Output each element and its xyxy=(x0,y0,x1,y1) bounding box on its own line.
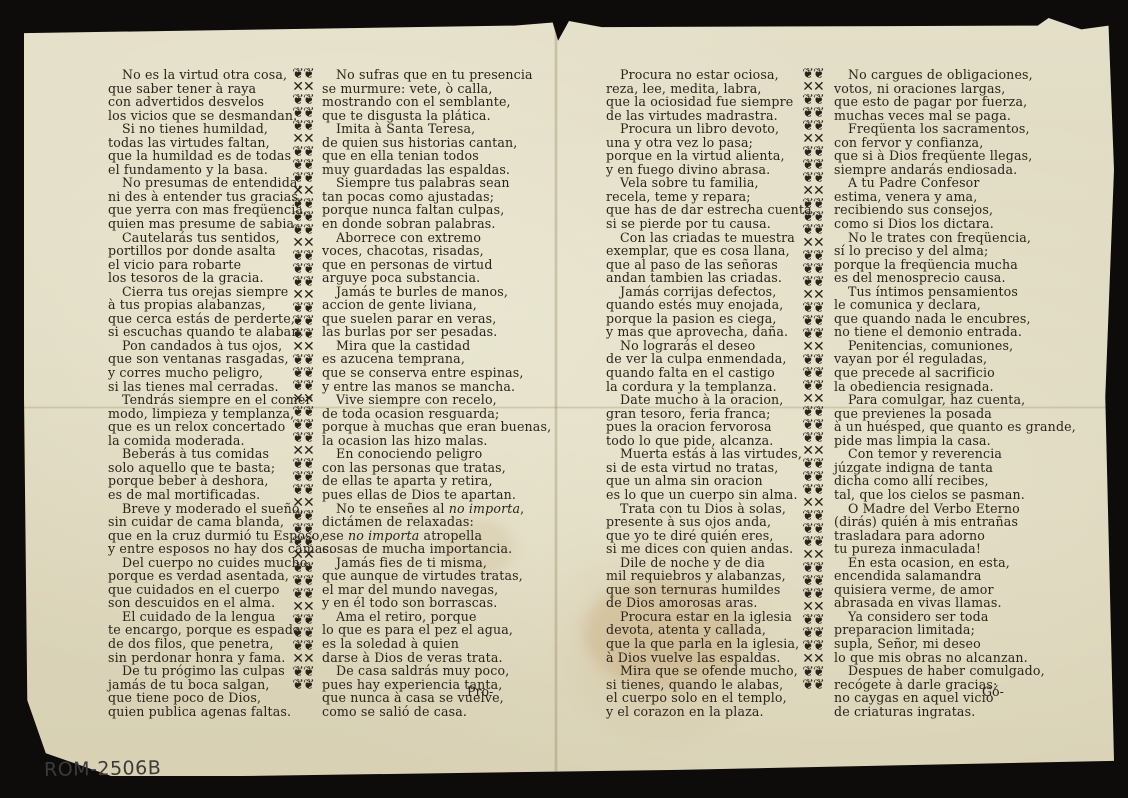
fleuron-icon: ❦❦ xyxy=(802,679,823,692)
verse-line: preparacion limitada; xyxy=(834,623,1076,637)
verse-line: lo que mis obras no alcanzan. xyxy=(834,651,1076,665)
verse-line: le comunica y declara, xyxy=(834,298,1076,312)
verse-line: el cuerpo solo en el templo, xyxy=(606,691,816,705)
verse-line: muy guardadas las espaldas. xyxy=(322,163,551,177)
verse-line: que si à Dios freqüente llegas, xyxy=(834,149,1076,163)
verse-line: vayan por él reguladas, xyxy=(834,352,1076,366)
verse-line: el mar del mundo navegas, xyxy=(322,583,551,597)
verse-line: En esta ocasion, en esta, xyxy=(834,556,1076,570)
verse-line: de ellas te aparta y retira, xyxy=(322,474,551,488)
verse-line: que son ternuras humildes xyxy=(606,583,816,597)
verse-line: si se pierde por tu causa. xyxy=(606,217,816,231)
verse-line: Procura un libro devoto, xyxy=(606,122,816,136)
verse-line: supla, Señor, mi deseo xyxy=(834,637,1076,651)
verse-line: dictámen de relaxadas: xyxy=(322,515,551,529)
verse-line: encendida salamandra xyxy=(834,569,1076,583)
verse-line: como se salió de casa. xyxy=(322,705,551,719)
verse-line: gran tesoro, feria franca; xyxy=(606,407,816,421)
verse-line: darse à Dios de veras trata. xyxy=(322,651,551,665)
verse-line: Jamás te burles de manos, xyxy=(322,285,551,299)
verse-line: porque à muchas que eran buenas, xyxy=(322,420,551,434)
verse-line: de las virtudes madrastra. xyxy=(606,109,816,123)
verse-line: O Madre del Verbo Eterno xyxy=(834,502,1076,516)
verse-line: De casa saldrás muy poco, xyxy=(322,664,551,678)
catchword-right-page: Gó- xyxy=(982,684,1004,699)
verse-line: si de esta virtud no tratas, xyxy=(606,461,816,475)
floral-ornament-border-right: ❦❦✕✕❦❦❦❦❦❦✕✕❦❦❦❦❦❦✕✕❦❦❦❦❦❦✕✕❦❦❦❦❦❦✕✕❦❦❦❦… xyxy=(796,68,830,698)
verse-line: que la que parla en la iglesia, xyxy=(606,637,816,651)
verse-line: es la soledad à quien xyxy=(322,637,551,651)
verse-line: Con las criadas te muestra xyxy=(606,231,816,245)
verse-line: Con temor y reverencia xyxy=(834,447,1076,461)
verse-line: A tu Padre Confesor xyxy=(834,176,1076,190)
verse-line: y el corazon en la plaza. xyxy=(606,705,816,719)
verse-line: quando estés muy enojada, xyxy=(606,298,816,312)
verse-line: Aborrece con extremo xyxy=(322,231,551,245)
verse-line: abrasada en vivas llamas. xyxy=(834,596,1076,610)
verse-line: No le trates con freqüencia, xyxy=(834,231,1076,245)
verse-line: Jamás fies de ti misma, xyxy=(322,556,551,570)
verse-line: à Dios vuelve las espaldas. xyxy=(606,651,816,665)
verse-line: que esto de pagar por fuerza, xyxy=(834,95,1076,109)
verse-line: accion de gente liviana, xyxy=(322,298,551,312)
verse-line: trasladara para adorno xyxy=(834,529,1076,543)
catalog-label: ROM-2506B xyxy=(44,757,162,781)
verse-line: Imita à Santa Teresa, xyxy=(322,122,551,136)
verse-line: no tiene el demonio entrada. xyxy=(834,325,1076,339)
verse-line: es azucena temprana, xyxy=(322,352,551,366)
verse-line: es del menosprecio causa. xyxy=(834,271,1076,285)
verse-line: dicha como allí recibes, xyxy=(834,474,1076,488)
verse-line: porque la pasion es ciega, xyxy=(606,312,816,326)
verse-line: de ver la culpa enmendada, xyxy=(606,352,816,366)
verse-line: porque la freqüencia mucha xyxy=(834,258,1076,272)
verse-line: No sufras que en tu presencia xyxy=(322,68,551,82)
verse-line: No te enseñes al no importa, xyxy=(322,502,551,516)
verse-line: que quando nada le encubres, xyxy=(834,312,1076,326)
verse-line: todo lo que pide, alcanza. xyxy=(606,434,816,448)
verse-line: tan pocas como ajustadas; xyxy=(322,190,551,204)
verse-line: No lograrás el deseo xyxy=(606,339,816,353)
fleuron-icon: ❦❦ xyxy=(292,679,313,692)
verse-line: la cordura y la templanza. xyxy=(606,380,816,394)
verse-line: Date mucho à la oracion, xyxy=(606,393,816,407)
verse-line: Mira que la castidad xyxy=(322,339,551,353)
verse-line: se murmure: vete, ò calla, xyxy=(322,82,551,96)
verse-line: mil requiebros y alabanzas, xyxy=(606,569,816,583)
verse-line: presente à sus ojos anda, xyxy=(606,515,816,529)
verse-line: en donde sobran palabras. xyxy=(322,217,551,231)
verse-line: y mas que aprovecha, daña. xyxy=(606,325,816,339)
verse-line: que en ella tenian todos xyxy=(322,149,551,163)
verse-line: de quien sus historias cantan, xyxy=(322,136,551,150)
verse-line: devota, atenta y callada, xyxy=(606,623,816,637)
verse-line: En conociendo peligro xyxy=(322,447,551,461)
verse-line: sí lo preciso y del alma; xyxy=(834,244,1076,258)
verse-line: tu pureza inmaculada! xyxy=(834,542,1076,556)
verse-line: Freqüenta los sacramentos, xyxy=(834,122,1076,136)
verse-line: lo que es para el pez el agua, xyxy=(322,623,551,637)
verse-line: Procura estar en la iglesia xyxy=(606,610,816,624)
verse-line: quando falta en el castigo xyxy=(606,366,816,380)
verse-line: que has de dar estrecha cuenta, xyxy=(606,203,816,217)
verse-line: pues ellas de Dios te apartan. xyxy=(322,488,551,502)
verse-line: júzgate indigna de tanta xyxy=(834,461,1076,475)
verse-line: de toda ocasion resguarda; xyxy=(322,407,551,421)
verse-line: que te disgusta la plática. xyxy=(322,109,551,123)
verse-line: que la ociosidad fue siempre xyxy=(606,95,816,109)
verse-line: andan tambien las criadas. xyxy=(606,271,816,285)
verse-line: recela, teme y repara; xyxy=(606,190,816,204)
verse-line: cosas de mucha importancia. xyxy=(322,542,551,556)
verse-line: porque en la virtud alienta, xyxy=(606,149,816,163)
verse-line: Para comulgar, haz cuenta, xyxy=(834,393,1076,407)
verse-line: que precede al sacrificio xyxy=(834,366,1076,380)
verse-line: quisiera verme, de amor xyxy=(834,583,1076,597)
text-column-4: No cargues de obligaciones,votos, ni ora… xyxy=(834,68,1076,718)
verse-line: mostrando con el semblante, xyxy=(322,95,551,109)
verse-line: arguye poca substancia. xyxy=(322,271,551,285)
verse-line: como si Dios los dictara. xyxy=(834,217,1076,231)
verse-line: reza, lee, medita, labra, xyxy=(606,82,816,96)
verse-line: que al paso de las señoras xyxy=(606,258,816,272)
verse-line: exemplar, que es cosa llana, xyxy=(606,244,816,258)
verse-line: con fervor y confianza, xyxy=(834,136,1076,150)
verse-line: la ocasion las hizo malas. xyxy=(322,434,551,448)
verse-line: con las personas que tratas, xyxy=(322,461,551,475)
document-sheet: No es la virtud otra cosa,que saber tene… xyxy=(24,18,1114,776)
verse-line: si me dices con quien andas. xyxy=(606,542,816,556)
verse-line: y entre las manos se mancha. xyxy=(322,380,551,394)
verse-line: porque nunca faltan culpas, xyxy=(322,203,551,217)
verse-line: siempre andarás endiosada. xyxy=(834,163,1076,177)
verse-line: pues la oracion fervorosa xyxy=(606,420,816,434)
verse-line: tal, que los cielos se pasman. xyxy=(834,488,1076,502)
verse-line: voces, chacotas, risadas, xyxy=(322,244,551,258)
verse-line: que previenes la posada xyxy=(834,407,1076,421)
catchword-left-page: Pro- xyxy=(467,684,493,699)
verse-line: estima, venera y ama, xyxy=(834,190,1076,204)
verse-line: Muerta estás à las virtudes, xyxy=(606,447,816,461)
verse-line: que aunque de virtudes tratas, xyxy=(322,569,551,583)
center-fold xyxy=(554,18,558,776)
verse-line: que nunca à casa se vuelve, xyxy=(322,691,551,705)
verse-line: à un huésped, que quanto es grande, xyxy=(834,420,1076,434)
verse-line: las burlas por ser pesadas. xyxy=(322,325,551,339)
verse-line: que en personas de virtud xyxy=(322,258,551,272)
verse-line: Mira que se ofende mucho, xyxy=(606,664,816,678)
verse-line: recibiendo sus consejos, xyxy=(834,203,1076,217)
verse-line: es lo que un cuerpo sin alma. xyxy=(606,488,816,502)
verse-line: ese no importa atropella xyxy=(322,529,551,543)
verse-line: de criaturas ingratas. xyxy=(834,705,1076,719)
verse-line: una y otra vez lo pasa; xyxy=(606,136,816,150)
verse-line: que yo te diré quién eres, xyxy=(606,529,816,543)
verse-line: pues hay experiencia tanta, xyxy=(322,678,551,692)
verse-line: no caygas en aquel vicio xyxy=(834,691,1076,705)
verse-line: que un alma sin oracion xyxy=(606,474,816,488)
verse-line: Ama el retiro, porque xyxy=(322,610,551,624)
verse-line: Siempre tus palabras sean xyxy=(322,176,551,190)
verse-line: muchas veces mal se paga. xyxy=(834,109,1076,123)
text-column-3: Procura no estar ociosa,reza, lee, medit… xyxy=(606,68,816,718)
verse-line: Jamás corrijas defectos, xyxy=(606,285,816,299)
verse-line: Tus íntimos pensamientos xyxy=(834,285,1076,299)
verse-line: Despues de haber comulgado, xyxy=(834,664,1076,678)
verse-line: votos, ni oraciones largas, xyxy=(834,82,1076,96)
verse-line: Vela sobre tu familia, xyxy=(606,176,816,190)
verse-line: Trata con tu Dios à solas, xyxy=(606,502,816,516)
verse-line: y en él todo son borrascas. xyxy=(322,596,551,610)
verse-line: y en fuego divino abrasa. xyxy=(606,163,816,177)
verse-line: la obediencia resignada. xyxy=(834,380,1076,394)
verse-line: Dile de noche y de dia xyxy=(606,556,816,570)
verse-line: Vive siempre con recelo, xyxy=(322,393,551,407)
verse-line: recógete à darle gracias; xyxy=(834,678,1076,692)
verse-line: que se conserva entre espinas, xyxy=(322,366,551,380)
verse-line: Penitencias, comuniones, xyxy=(834,339,1076,353)
verse-line: que suelen parar en veras, xyxy=(322,312,551,326)
verse-line: pide mas limpia la casa. xyxy=(834,434,1076,448)
verse-line: (dirás) quién à mis entrañas xyxy=(834,515,1076,529)
verse-line: quien publica agenas faltas. xyxy=(108,705,333,719)
verse-line: No cargues de obligaciones, xyxy=(834,68,1076,82)
floral-ornament-border-left: ❦❦✕✕❦❦❦❦❦❦✕✕❦❦❦❦❦❦✕✕❦❦❦❦❦❦✕✕❦❦❦❦❦❦✕✕❦❦❦❦… xyxy=(286,68,320,698)
verse-line: Ya considero ser toda xyxy=(834,610,1076,624)
text-column-2: No sufras que en tu presenciase murmure:… xyxy=(322,68,551,718)
verse-line: Procura no estar ociosa, xyxy=(606,68,816,82)
verse-line: de Dios amorosas aras. xyxy=(606,596,816,610)
verse-line: si tienes, quando le alabas, xyxy=(606,678,816,692)
